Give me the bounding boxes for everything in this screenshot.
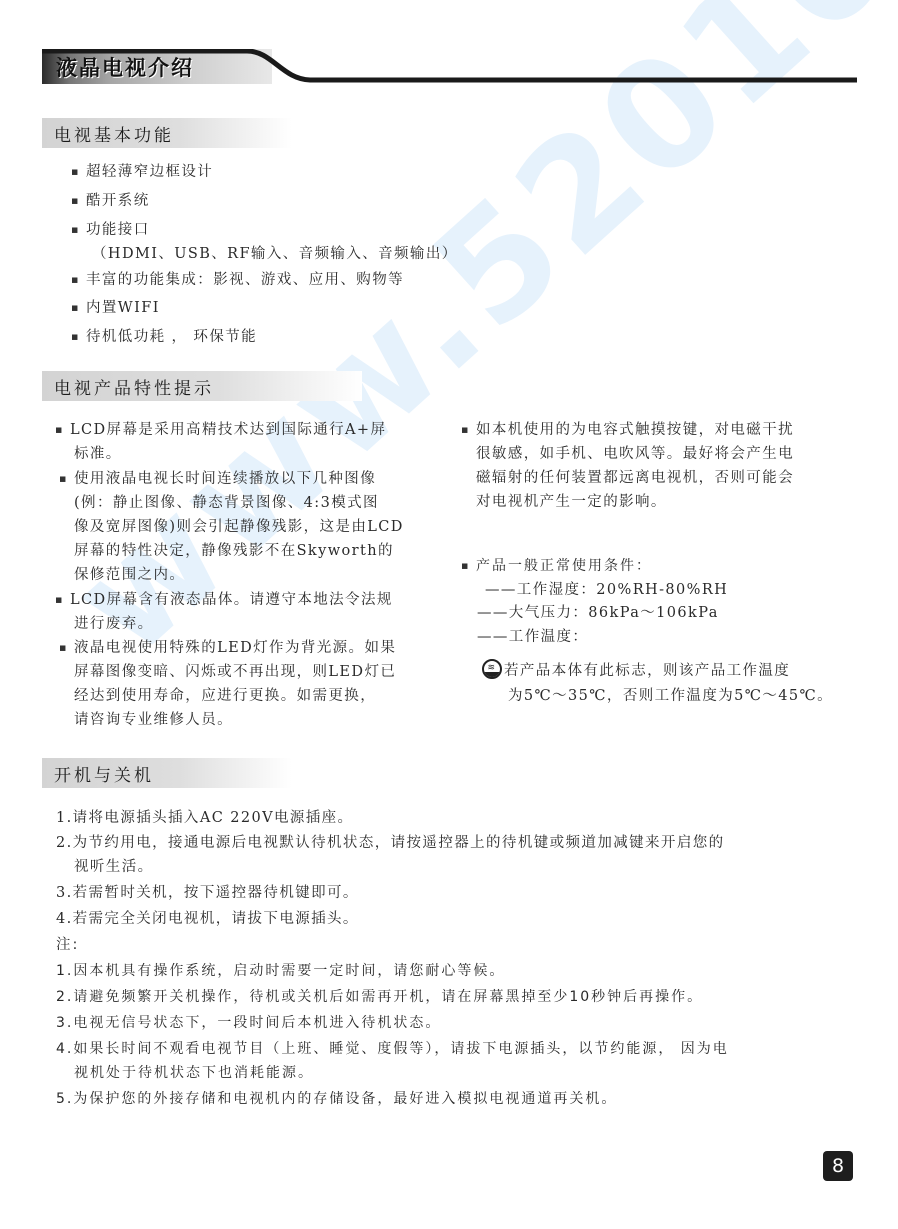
section-header-power: 开机与关机 xyxy=(42,758,292,788)
section-header-features: 电视产品特性提示 xyxy=(42,371,362,401)
feature-item-cont: 经达到使用寿命，应进行更换。如需更换， xyxy=(74,684,376,708)
feature-item: 使用液晶电视长时间连续播放以下几种图像 xyxy=(74,467,376,491)
section-title: 电视产品特性提示 xyxy=(54,374,214,399)
note-item-cont: 视机处于待机状态下也消耗能源。 xyxy=(74,1061,314,1085)
section-header-basic: 电视基本功能 xyxy=(42,118,292,148)
feature-item-cont: 标准。 xyxy=(74,442,122,466)
feature-item-cont: 很敏感，如手机、电吹风等。最好将会产生电 xyxy=(476,442,794,466)
note-item: 4.如果长时间不观看电视节目（上班、睡觉、度假等），请拔下电源插头，以节约能源，… xyxy=(56,1037,729,1061)
section-title: 开机与关机 xyxy=(54,761,154,786)
feature-item-cont: 请咨询专业维修人员。 xyxy=(74,708,233,732)
feature-item: 液晶电视使用特殊的LED灯作为背光源。如果 xyxy=(74,636,396,660)
conditions-title: 产品一般正常使用条件： xyxy=(476,554,652,578)
note-label: 注: xyxy=(56,933,79,957)
power-step: 4.若需完全关闭电视机，请拔下电源插头。 xyxy=(56,907,359,931)
section-title: 电视基本功能 xyxy=(54,121,174,146)
condition-humidity: ——工作湿度：20%RH-80%RH xyxy=(485,578,728,602)
note-item: 2.请避免频繁开关机操作，待机或关机后如需再开机，请在屏幕黑掉至少10秒钟后再操… xyxy=(56,985,703,1009)
feature-item-touch: 如本机使用的为电容式触摸按键，对电磁干扰 xyxy=(476,418,794,442)
page-title: 液晶电视介绍 xyxy=(56,52,194,82)
condition-temperature: ——工作温度： xyxy=(477,625,588,649)
page-number: 8 xyxy=(823,1151,853,1181)
feature-item-cont: 像及宽屏图像)则会引起静像残影，这是由LCD xyxy=(74,515,404,539)
feature-item-cont: 屏幕的特性决定，静像残影不在Skyworth的 xyxy=(74,539,394,563)
interface-detail: （HDMI、USB、RF输入、音频输入、音频输出） xyxy=(92,242,458,266)
note-item: 1.因本机具有操作系统，启动时需要一定时间，请您耐心等候。 xyxy=(56,959,505,983)
list-item: 丰富的功能集成：影视、游戏、应用、购物等 xyxy=(86,268,404,292)
feature-item-cont: (例：静止图像、静态背景图像、4:3模式图 xyxy=(74,491,379,515)
power-step: 3.若需暂时关机，按下遥控器待机键即可。 xyxy=(56,881,359,905)
feature-item-cont: 对电视机产生一定的影响。 xyxy=(476,490,667,514)
temperature-note-line: 若产品本体有此标志，则该产品工作温度 xyxy=(504,663,790,679)
note-item: 3.电视无信号状态下，一段时间后本机进入待机状态。 xyxy=(56,1011,441,1035)
feature-item: LCD屏幕是采用高精技术达到国际通行A+屏 xyxy=(70,418,386,442)
feature-item-cont: 屏幕图像变暗、闪烁或不再出现，则LED灯已 xyxy=(74,660,396,684)
power-step: 2.为节约用电，接通电源后电视默认待机状态，请按遥控器上的待机键或频道加减键来开… xyxy=(56,831,725,855)
list-item: 酷开系统 xyxy=(86,189,150,213)
feature-item: LCD屏幕含有液态晶体。请遵守本地法令法规 xyxy=(70,588,393,612)
condition-pressure: ——大气压力：86kPa～106kPa xyxy=(477,601,719,625)
temperature-note: ≋若产品本体有此标志，则该产品工作温度 xyxy=(482,659,790,683)
power-step: 1.请将电源插头插入AC 220V电源插座。 xyxy=(56,806,353,830)
feature-item-cont: 磁辐射的任何装置都远离电视机，否则可能会 xyxy=(476,466,794,490)
list-item: 功能接口 xyxy=(86,218,150,242)
list-item: 超轻薄窄边框设计 xyxy=(86,160,213,184)
page-header: 液晶电视介绍 xyxy=(42,49,857,84)
power-step-cont: 视听生活。 xyxy=(74,855,154,879)
note-item: 5.为保护您的外接存储和电视机内的存储设备，最好进入模拟电视通道再关机。 xyxy=(56,1087,617,1111)
list-item: 待机低功耗 ， 环保节能 xyxy=(86,325,257,349)
feature-item-cont: 保修范围之内。 xyxy=(74,563,185,587)
list-item: 内置WIFI xyxy=(86,296,160,320)
temperature-mark-icon: ≋ xyxy=(482,659,502,679)
feature-item-cont: 进行废弃。 xyxy=(74,612,154,636)
temperature-note-line: 为5℃～35℃，否则工作温度为5℃～45℃。 xyxy=(508,684,833,708)
